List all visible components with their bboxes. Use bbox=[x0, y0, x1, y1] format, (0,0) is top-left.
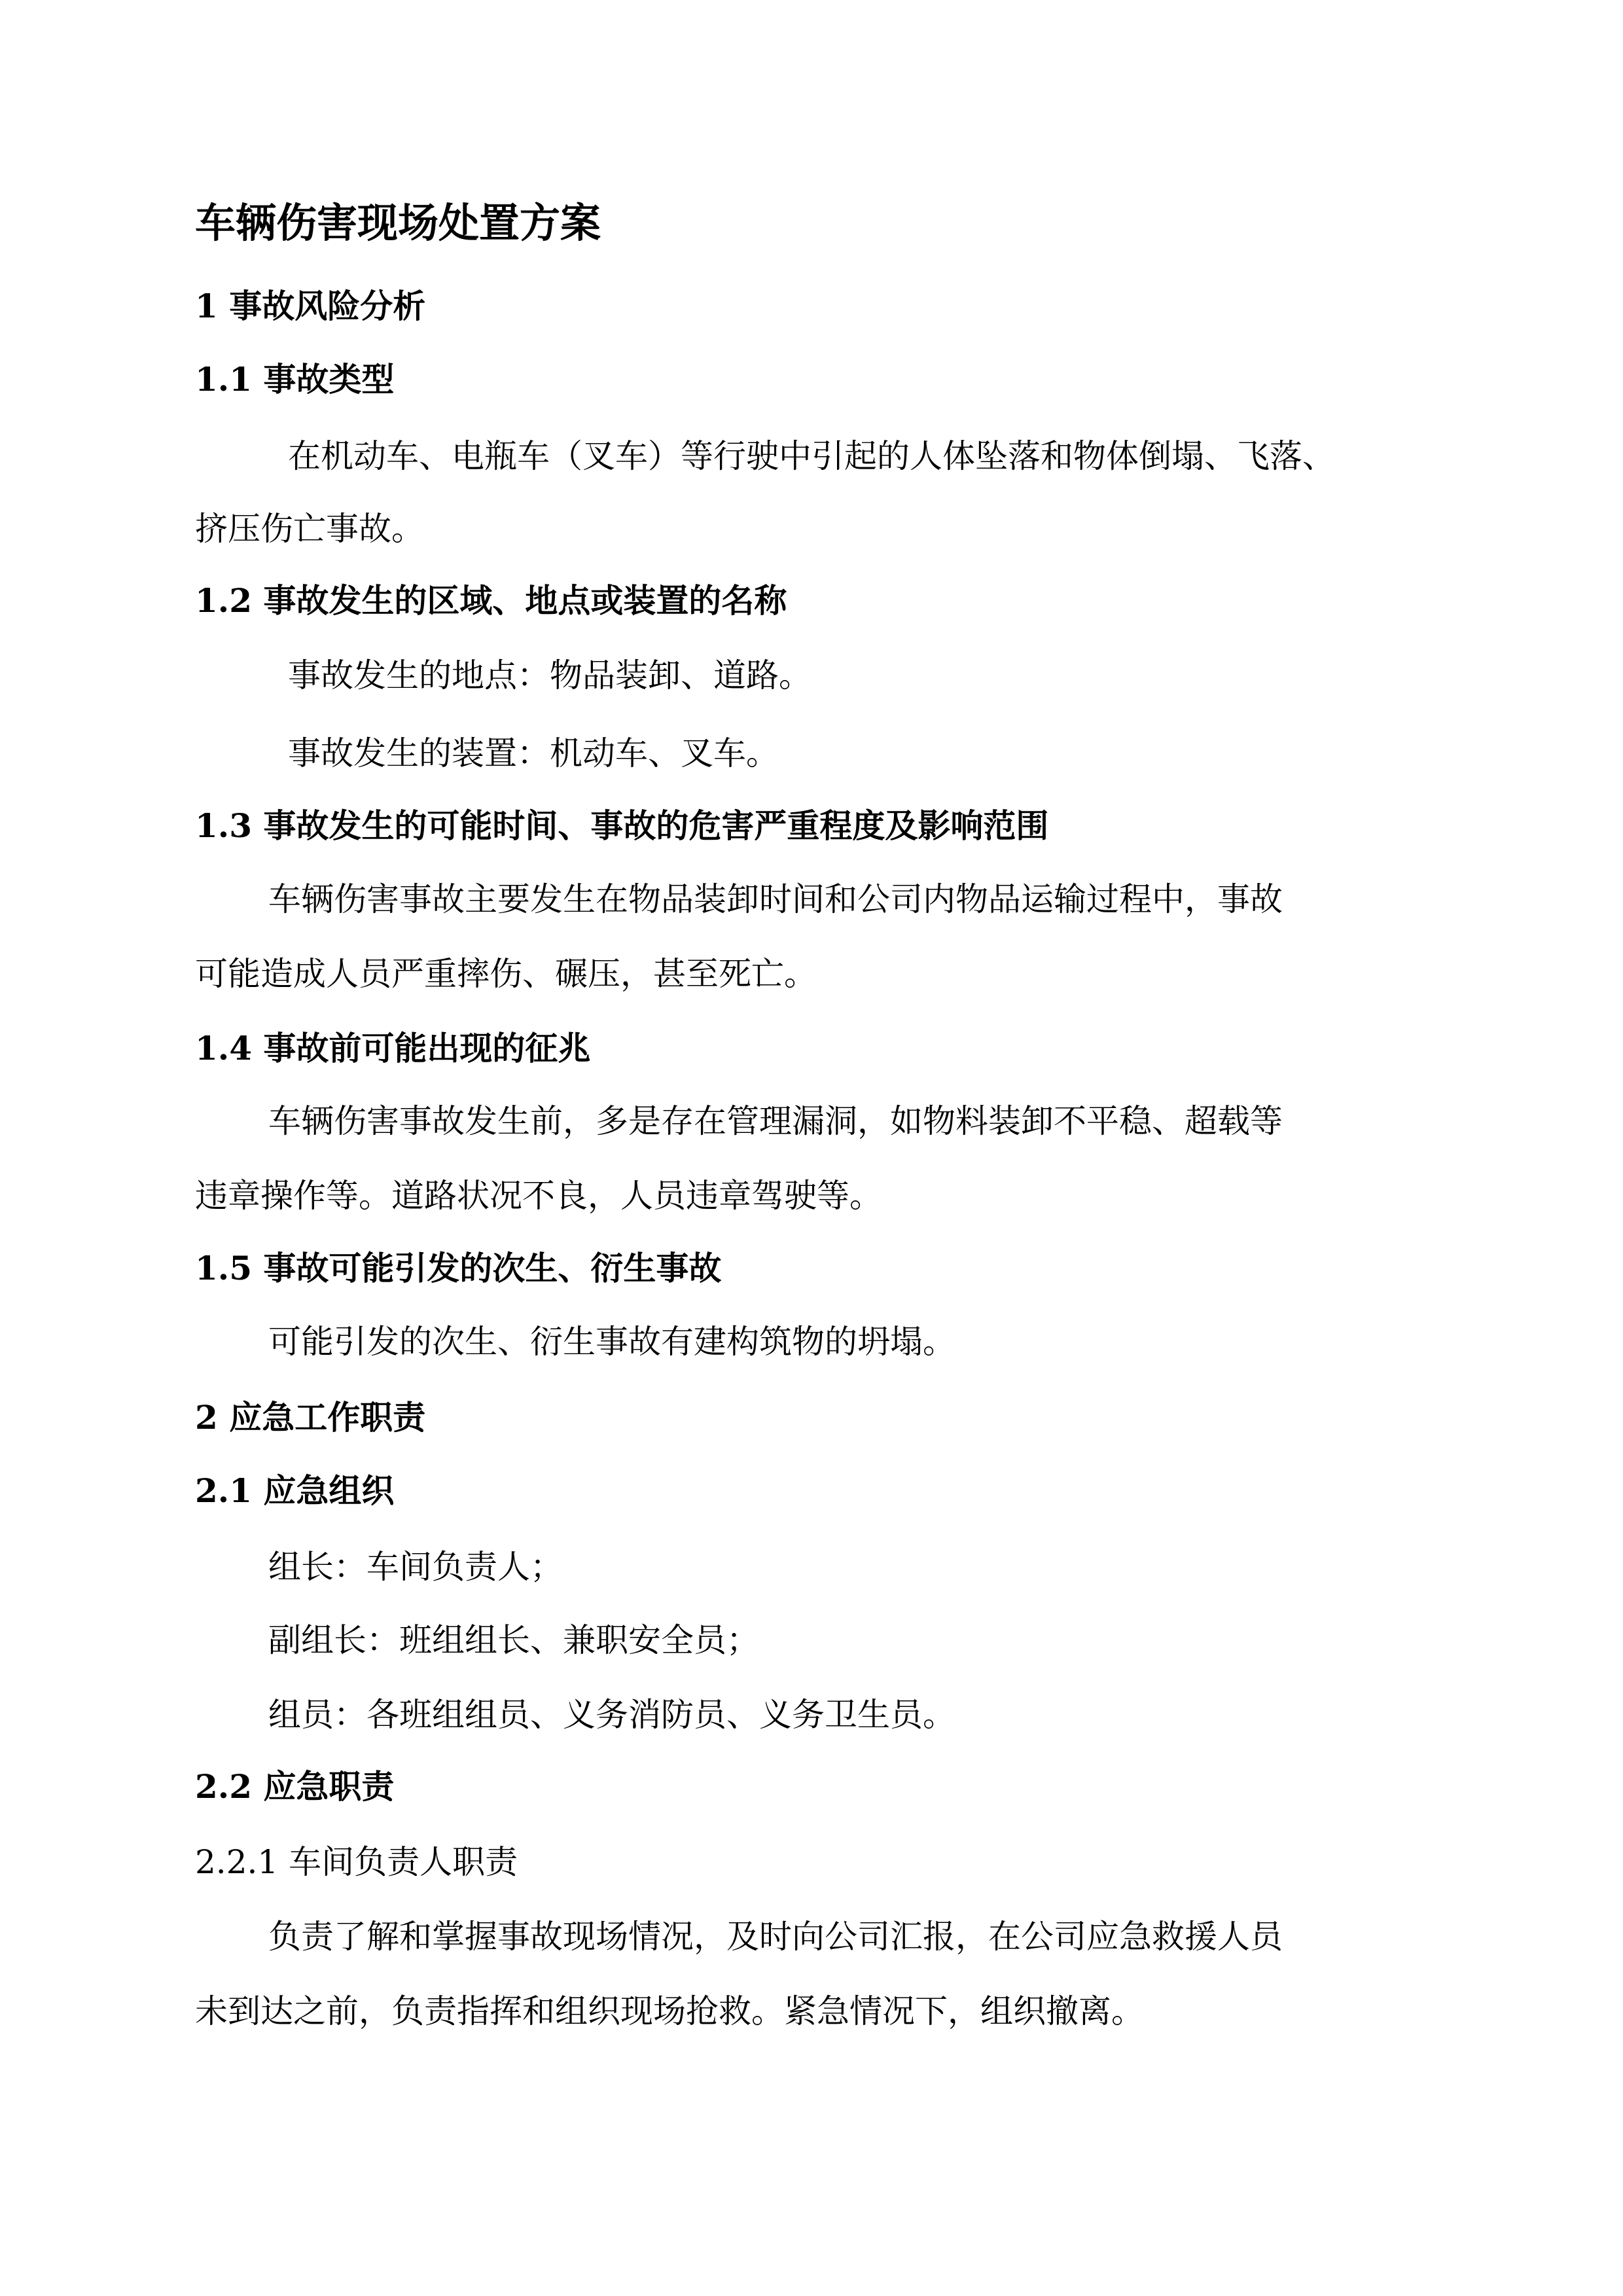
paragraph-line: 车辆伤害事故发生前，多是存在管理漏洞，如物料装卸不平稳、超载等 bbox=[268, 1105, 1283, 1138]
paragraph-line: 组员：各班组组员、义务消防员、义务卫生员。 bbox=[268, 1698, 955, 1731]
paragraph-line: 组长：车间负责人； bbox=[268, 1551, 563, 1583]
paragraph-line: 违章操作等。道路状况不良，人员违章驾驶等。 bbox=[195, 1179, 882, 1212]
section-heading-1-1: 1.1 事故类型 bbox=[195, 363, 394, 396]
paragraph-line: 事故发生的装置：机动车、叉车。 bbox=[288, 737, 779, 770]
section-heading-1-3: 1.3 事故发生的可能时间、事故的危害严重程度及影响范围 bbox=[195, 810, 1048, 842]
paragraph-line: 可能引发的次生、衍生事故有建构筑物的坍塌。 bbox=[268, 1325, 955, 1358]
section-heading-1-4: 1.4 事故前可能出现的征兆 bbox=[195, 1032, 590, 1065]
document-title: 车辆伤害现场处置方案 bbox=[195, 203, 601, 243]
section-heading-1-5: 1.5 事故可能引发的次生、衍生事故 bbox=[195, 1252, 721, 1285]
section-heading-1-2: 1.2 事故发生的区域、地点或装置的名称 bbox=[195, 584, 787, 617]
paragraph-line: 车辆伤害事故主要发生在物品装卸时间和公司内物品运输过程中，事故 bbox=[268, 883, 1283, 916]
paragraph-line: 挤压伤亡事故。 bbox=[195, 512, 424, 545]
section-heading-2-2-1: 2.2.1 车间负责人职责 bbox=[195, 1846, 518, 1878]
paragraph-line: 在机动车、电瓶车（叉车）等行驶中引起的人体坠落和物体倒塌、飞落、 bbox=[288, 440, 1335, 473]
paragraph-line: 事故发生的地点：物品装卸、道路。 bbox=[288, 659, 811, 692]
section-heading-1: 1 事故风险分析 bbox=[195, 290, 425, 323]
paragraph-line: 未到达之前，负责指挥和组织现场抢救。紧急情况下，组织撤离。 bbox=[195, 1995, 1144, 2028]
paragraph-line: 可能造成人员严重摔伤、碾压，甚至死亡。 bbox=[195, 958, 817, 990]
section-heading-2: 2 应急工作职责 bbox=[195, 1401, 425, 1434]
paragraph-line: 负责了解和掌握事故现场情况，及时向公司汇报，在公司应急救援人员 bbox=[268, 1920, 1283, 1953]
section-heading-2-1: 2.1 应急组织 bbox=[195, 1475, 394, 1507]
section-heading-2-2: 2.2 应急职责 bbox=[195, 1770, 394, 1803]
paragraph-line: 副组长：班组组长、兼职安全员； bbox=[268, 1624, 759, 1657]
